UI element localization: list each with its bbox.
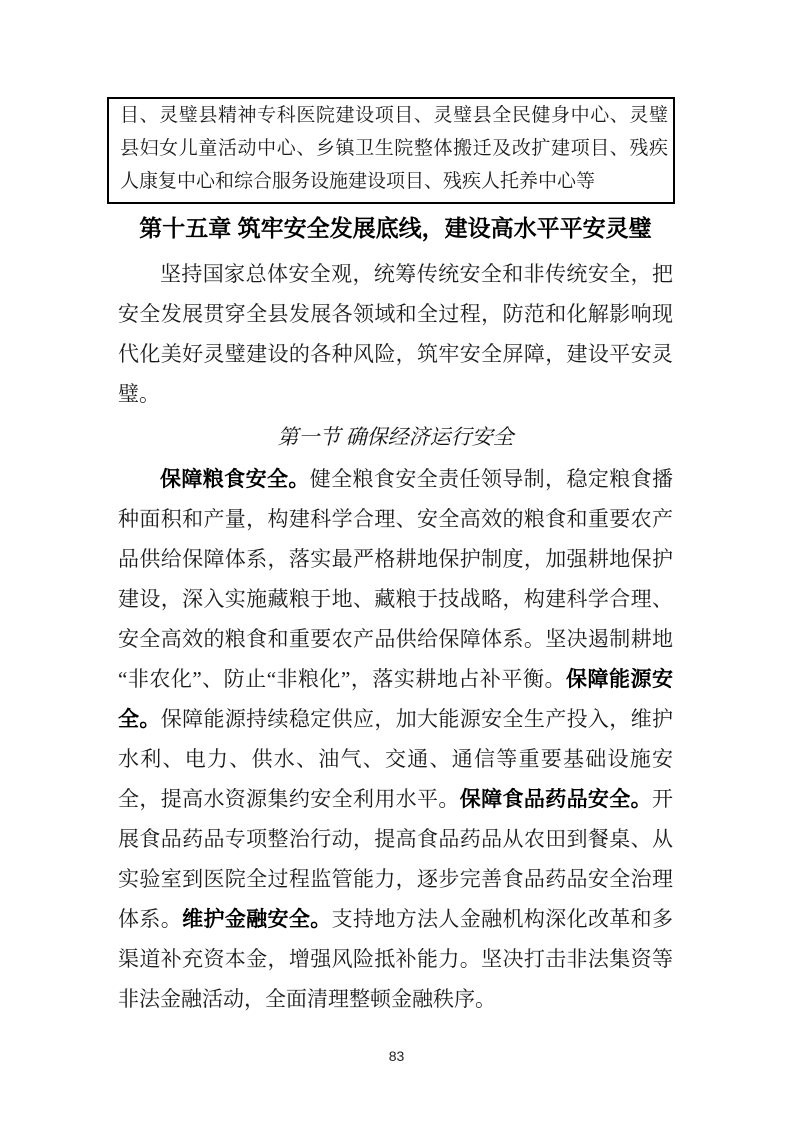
lead-food-drug-security: 保障食品药品安全。 [460, 787, 652, 811]
document-page: 目、灵璧县精神专科医院建设项目、灵璧县全民健身中心、灵璧县妇女儿童活动中心、乡镇… [0, 0, 793, 1122]
lead-financial-security: 维护金融安全。 [182, 907, 332, 931]
body-paragraph: 保障粮食安全。健全粮食安全责任领导制，稳定粮食播种面积和产量，构建科学合理、安全… [118, 459, 673, 1019]
lead-grain-security: 保障粮食安全。 [160, 467, 310, 491]
intro-paragraph: 坚持国家总体安全观，统筹传统安全和非传统安全，把安全发展贯穿全县发展各领域和全过… [118, 254, 673, 414]
page-content: 目、灵璧县精神专科医院建设项目、灵璧县全民健身中心、灵璧县妇女儿童活动中心、乡镇… [118, 0, 673, 1019]
page-number: 83 [0, 1048, 793, 1064]
text-run-grain-security: 健全粮食安全责任领导制，稳定粮食播种面积和产量，构建科学合理、安全高效的粮食和重… [118, 467, 673, 691]
chapter-title: 第十五章 筑牢安全发展底线，建设高水平平安灵璧 [118, 212, 673, 244]
section-title: 第一节 确保经济运行安全 [118, 417, 673, 457]
project-list-text: 目、灵璧县精神专科医院建设项目、灵璧县全民健身中心、灵璧县妇女儿童活动中心、乡镇… [120, 99, 668, 198]
project-list-box: 目、灵璧县精神专科医院建设项目、灵璧县全民健身中心、灵璧县妇女儿童活动中心、乡镇… [107, 97, 675, 204]
